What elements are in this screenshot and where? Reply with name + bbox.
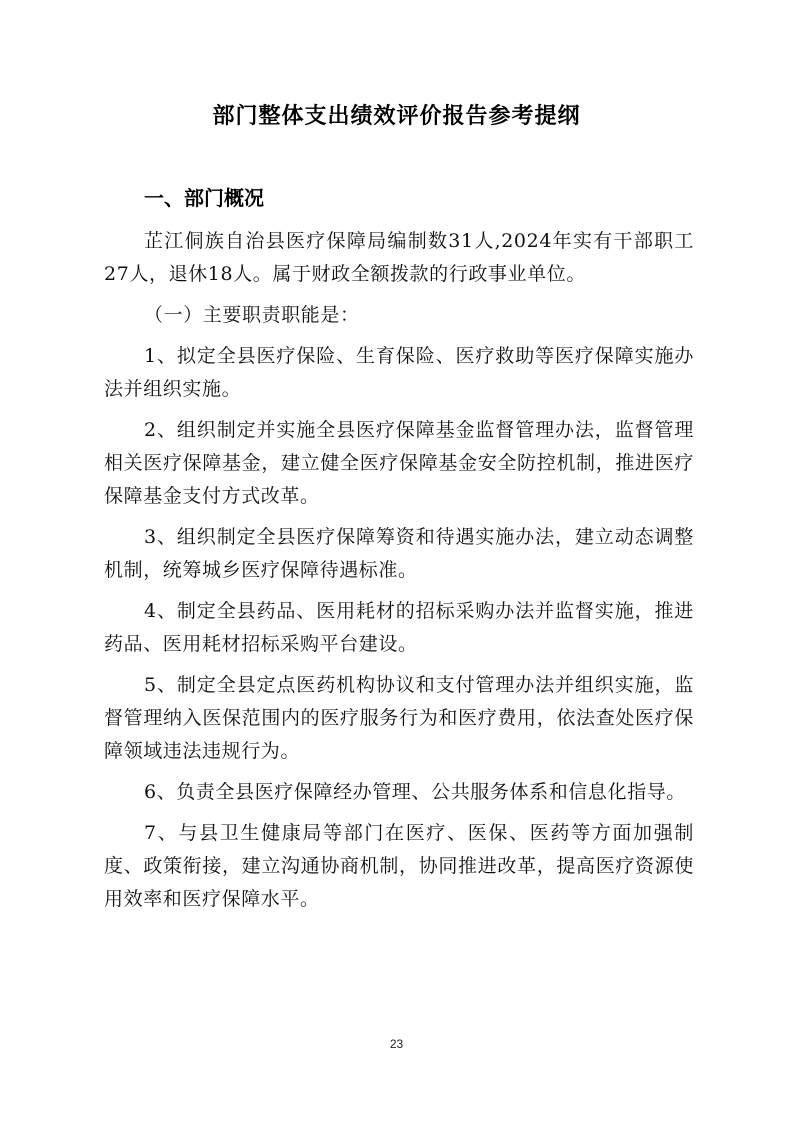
document-page: 部门整体支出绩效评价报告参考提纲 一、部门概况 芷江侗族自治县医疗保障局编制数3… xyxy=(0,0,793,1122)
paragraph-duty-2: 2、组织制定并实施全县医疗保障基金监督管理办法，监督管理相关医疗保障基金，建立健… xyxy=(104,414,694,513)
paragraph-duty-1: 1、拟定全县医疗保险、生育保险、医疗救助等医疗保障实施办法并组织实施。 xyxy=(104,340,694,406)
page-title: 部门整体支出绩效评价报告参考提纲 xyxy=(0,100,793,134)
paragraph-duty-7: 7、与县卫生健康局等部门在医疗、医保、医药等方面加强制度、政策衔接，建立沟通协商… xyxy=(104,817,694,916)
paragraph-duties-heading: （一）主要职责职能是： xyxy=(104,299,694,332)
section-heading: 一、部门概况 xyxy=(144,183,264,213)
paragraph-duty-3: 3、组织制定全县医疗保障筹资和待遇实施办法，建立动态调整机制，统筹城乡医疗保障待… xyxy=(104,521,694,587)
paragraph-overview: 芷江侗族自治县医疗保障局编制数31人,2024年实有干部职工27人，退休18人。… xyxy=(104,225,694,291)
body-text: 芷江侗族自治县医疗保障局编制数31人,2024年实有干部职工27人，退休18人。… xyxy=(104,225,694,916)
page-number: 23 xyxy=(0,1037,793,1051)
paragraph-duty-4: 4、制定全县药品、医用耗材的招标采购办法并监督实施，推进药品、医用耗材招标采购平… xyxy=(104,595,694,661)
paragraph-duty-5: 5、制定全县定点医药机构协议和支付管理办法并组织实施，监督管理纳入医保范围内的医… xyxy=(104,669,694,768)
paragraph-duty-6: 6、负责全县医疗保障经办管理、公共服务体系和信息化指导。 xyxy=(104,776,694,809)
